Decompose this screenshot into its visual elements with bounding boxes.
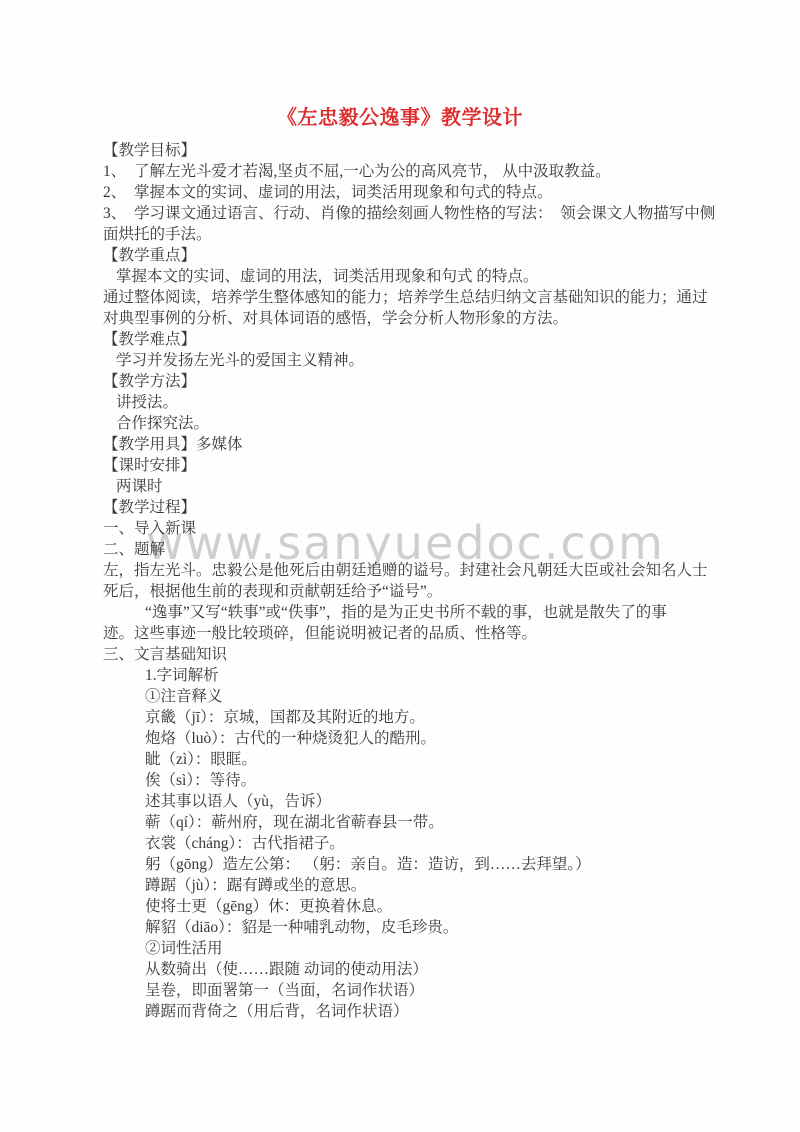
text-line: 三、文言基础知识 [103,644,763,665]
text-line: 左，指左光斗。忠毅公是他死后由朝廷追赠的谥号。封建社会凡朝廷大臣或社会知名人士 [103,560,763,581]
text-line: ②词性活用 [103,938,763,959]
text-line: 讲授法。 [103,392,763,413]
text-line: 二、题解 [103,539,763,560]
text-line: 京畿（jī）：京城，国都及其附近的地方。 [103,707,763,728]
text-line: 【教学目标】 [103,140,763,161]
document-page: 《左忠毅公逸事》教学设计 www.sanyuedoc.com 【教学目标】1、 … [0,0,800,1132]
text-line: 躬（gōng）造左公第： （躬：亲自。造：造访，到……去拜望。） [103,854,763,875]
text-line: 对典型事例的分析、对具体词语的感悟，学会分析人物形象的方法。 [103,308,763,329]
text-line: 2、 掌握本文的实词、虚词的用法，词类活用现象和句式的特点。 [103,182,763,203]
text-line: 3、 学习课文通过语言、行动、肖像的描绘刻画人物性格的写法： 领会课文人物描写中… [103,203,763,224]
text-line: 通过整体阅读，培养学生整体感知的能力；培养学生总结归纳文言基础知识的能力；通过 [103,287,763,308]
text-line: 【教学方法】 [103,371,763,392]
text-line: 迹。这些事迹一般比较琐碎，但能说明被记者的品质、性格等。 [103,623,763,644]
text-line: 1.字词解析 [103,665,763,686]
text-line: 衣裳（cháng）：古代指裙子。 [103,833,763,854]
page-title: 《左忠毅公逸事》教学设计 [0,105,800,131]
text-line: 【教学重点】 [103,245,763,266]
text-line: 解貂（diāo）：貂是一种哺乳动物，皮毛珍贵。 [103,917,763,938]
text-line: 1、 了解左光斗爱才若渴,坚贞不屈,一心为公的高风亮节， 从中汲取教益。 [103,161,763,182]
document-body: 【教学目标】1、 了解左光斗爱才若渴,坚贞不屈,一心为公的高风亮节， 从中汲取教… [103,140,763,1022]
text-line: 一、导入新课 [103,518,763,539]
text-line: 俟（sì）：等待。 [103,770,763,791]
text-line: 面烘托的手法。 [103,224,763,245]
text-line: 合作探究法。 [103,413,763,434]
text-line: ①注音释义 [103,686,763,707]
text-line: “逸事”又写“轶事”或“佚事”，指的是为正史书所不载的事，也就是散失了的事 [103,602,763,623]
text-line: 眦（zì）：眼眶。 [103,749,763,770]
text-line: 【教学难点】 [103,329,763,350]
text-line: 掌握本文的实词、虚词的用法，词类活用现象和句式 的特点。 [103,266,763,287]
text-line: 两课时 [103,476,763,497]
text-line: 蹲踞（jù）：踞有蹲或坐的意思。 [103,875,763,896]
text-line: 学习并发扬左光斗的爱国主义精神。 [103,350,763,371]
text-line: 死后，根据他生前的表现和贡献朝廷给予“谥号”。 [103,581,763,602]
text-line: 【课时安排】 [103,455,763,476]
text-line: 【教学过程】 [103,497,763,518]
text-line: 【教学用具】多媒体 [103,434,763,455]
text-line: 蹲踞而背倚之（用后背，名词作状语） [103,1001,763,1022]
text-line: 使将士更（gēng）休：更换着休息。 [103,896,763,917]
text-line: 炮烙（luò）：古代的一种烧烫犯人的酷刑。 [103,728,763,749]
text-line: 从数骑出（使……跟随 动词的使动用法） [103,959,763,980]
text-line: 呈卷，即面署第一（当面，名词作状语） [103,980,763,1001]
text-line: 蕲（qí）：蕲州府，现在湖北省蕲春县一带。 [103,812,763,833]
text-line: 述其事以语人（yù，告诉） [103,791,763,812]
